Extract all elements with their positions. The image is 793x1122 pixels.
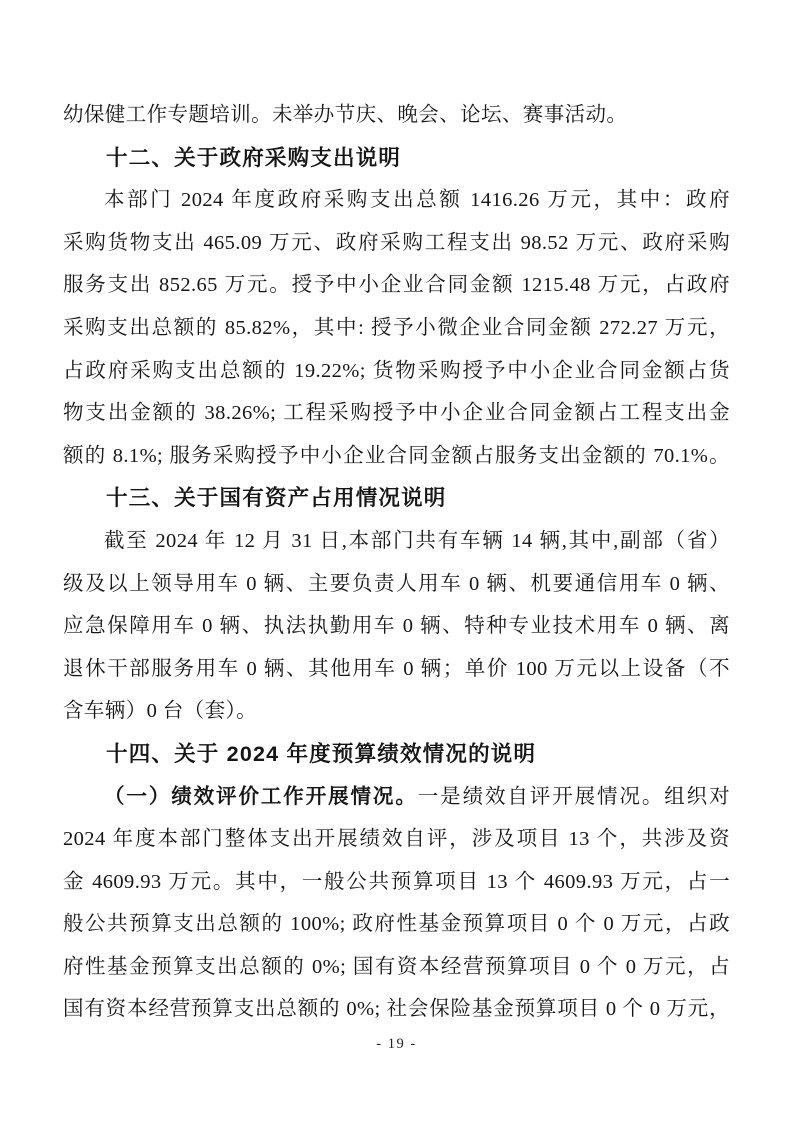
text-line: 幼保健工作专题培训。未举办节庆、晚会、论坛、赛事活动。: [63, 94, 730, 137]
text-line: 占政府采购支出总额的 19.22%; 货物采购授予中小企业合同金额占货: [63, 350, 730, 393]
text-line: 应急保障用车 0 辆、执法执勤用车 0 辆、特种专业技术用车 0 辆、离: [63, 605, 730, 648]
paragraph-lead-rest: 一是绩效自评开展情况。组织对: [418, 786, 730, 808]
section-heading-12: 十二、关于政府采购支出说明: [63, 137, 730, 180]
text-line: 般公共预算支出总额的 100%; 政府性基金预算项目 0 个 0 万元，占政: [63, 903, 730, 946]
paragraph-lead-bold: （一）绩效评价工作开展情况。: [104, 785, 418, 808]
text-line: （一）绩效评价工作开展情况。一是绩效自评开展情况。组织对: [63, 776, 730, 819]
text-line: 府性基金预算支出总额的 0%; 国有资本经营预算项目 0 个 0 万元，占: [63, 946, 730, 989]
text-line: 2024 年度本部门整体支出开展绩效自评，涉及项目 13 个，共涉及资: [63, 818, 730, 861]
text-line: 服务支出 852.65 万元。授予中小企业合同金额 1215.48 万元，占政府: [63, 264, 730, 307]
text-line: 额的 8.1%; 服务采购授予中小企业合同金额占服务支出金额的 70.1%。: [63, 435, 730, 478]
text-line: 截至 2024 年 12 月 31 日,本部门共有车辆 14 辆,其中,副部（省…: [63, 520, 730, 563]
page-number: - 19 -: [0, 1036, 793, 1053]
page-content: 幼保健工作专题培训。未举办节庆、晚会、论坛、赛事活动。 十二、关于政府采购支出说…: [63, 94, 730, 1031]
text-line: 采购货物支出 465.09 万元、政府采购工程支出 98.52 万元、政府采购: [63, 222, 730, 265]
section-heading-13: 十三、关于国有资产占用情况说明: [63, 477, 730, 520]
text-line: 含车辆）0 台（套）。: [63, 690, 730, 733]
text-line: 退休干部服务用车 0 辆、其他用车 0 辆；单价 100 万元以上设备（不: [63, 648, 730, 691]
text-line: 物支出金额的 38.26%; 工程采购授予中小企业合同金额占工程支出金: [63, 392, 730, 435]
document-page: 幼保健工作专题培训。未举办节庆、晚会、论坛、赛事活动。 十二、关于政府采购支出说…: [0, 0, 793, 1122]
text-line: 金 4609.93 万元。其中，一般公共预算项目 13 个 4609.93 万元…: [63, 861, 730, 904]
text-line: 级及以上领导用车 0 辆、主要负责人用车 0 辆、机要通信用车 0 辆、: [63, 563, 730, 606]
section-heading-14: 十四、关于 2024 年度预算绩效情况的说明: [63, 733, 730, 776]
text-line: 国有资本经营预算支出总额的 0%; 社会保险基金预算项目 0 个 0 万元，: [63, 988, 730, 1031]
text-line: 本部门 2024 年度政府采购支出总额 1416.26 万元，其中：政府: [63, 179, 730, 222]
text-line: 采购支出总额的 85.82%，其中: 授予小微企业合同金额 272.27 万元，: [63, 307, 730, 350]
